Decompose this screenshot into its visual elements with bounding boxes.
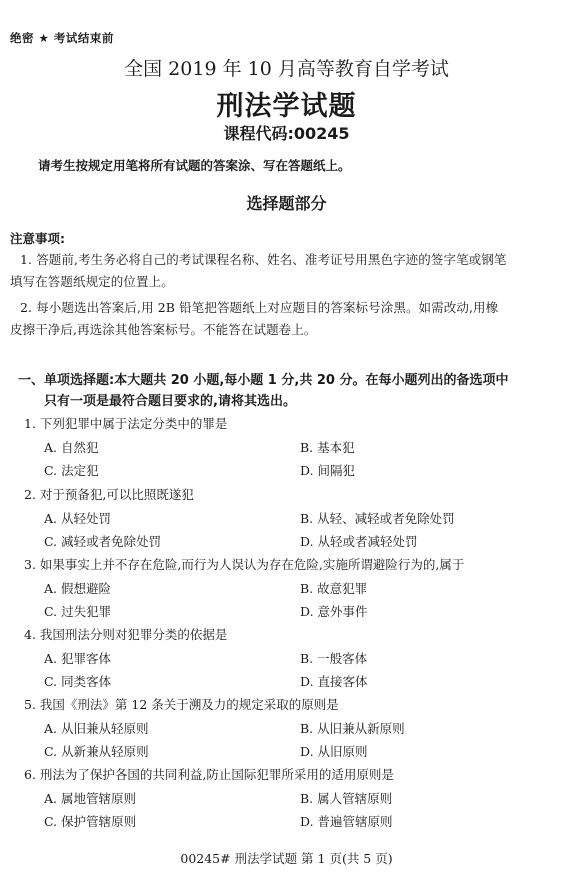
question-stem: 我国刑法分则对犯罪分类的依据是 (40, 627, 228, 642)
question-number: 3. (24, 557, 36, 572)
notice-line: 皮擦干净后,再选涂其他答案标号。不能答在试题卷上。 (10, 320, 316, 338)
option-d: D. 普遍管辖原则 (300, 812, 393, 830)
page-footer: 00245# 刑法学试题 第 1 页(共 5 页) (0, 849, 573, 867)
option-a: A. 自然犯 (44, 438, 98, 456)
confidential-label: 绝密 ★ 考试结束前 (10, 30, 114, 46)
option-a: A. 从旧兼从轻原则 (44, 719, 148, 737)
answer-instruction: 请考生按规定用笔将所有试题的答案涂、写在答题纸上。 (38, 156, 351, 174)
option-a: A. 犯罪客体 (44, 649, 111, 667)
notice-line: 2. 每小题选出答案后,用 2B 铅笔把答题纸上对应题目的答案标号涂黑。如需改动… (20, 298, 498, 316)
part-heading-line: 只有一项是最符合题目要求的,请将其选出。 (44, 390, 296, 409)
question-number: 5. (24, 697, 36, 712)
option-a: A. 从轻处罚 (44, 509, 111, 527)
option-d: D. 间隔犯 (300, 461, 355, 479)
option-d: D. 从旧原则 (300, 742, 368, 760)
notice-line: 1. 答题前,考生务必将自己的考试课程名称、姓名、准考证号用黑色字迹的签字笔或钢… (20, 250, 506, 268)
question-stem: 刑法为了保护各国的共同利益,防止国际犯罪所采用的适用原则是 (40, 767, 394, 782)
option-b: B. 属人管辖原则 (300, 789, 392, 807)
question-number: 4. (24, 627, 36, 642)
option-b: B. 从轻、减轻或者免除处罚 (300, 509, 455, 527)
option-b: B. 基本犯 (300, 438, 355, 456)
option-c: C. 保护管辖原则 (44, 812, 136, 830)
option-a: A. 假想避险 (44, 579, 111, 597)
subject-title: 刑法学试题 (0, 84, 573, 123)
section-title: 选择题部分 (0, 191, 573, 214)
question-stem: 下列犯罪中属于法定分类中的罪是 (40, 416, 228, 431)
course-code: 课程代码:00245 (0, 121, 573, 144)
option-c: C. 减轻或者免除处罚 (44, 532, 161, 550)
question-number: 2. (24, 487, 36, 502)
option-d: D. 直接客体 (300, 672, 368, 690)
option-c: C. 从新兼从轻原则 (44, 742, 149, 760)
option-c: C. 过失犯罪 (44, 602, 111, 620)
option-b: B. 一般客体 (300, 649, 367, 667)
notice-line: 填写在答题纸规定的位置上。 (10, 272, 174, 290)
option-a: A. 属地管辖原则 (44, 789, 136, 807)
question-stem: 我国《刑法》第 12 条关于溯及力的规定采取的原则是 (40, 697, 339, 712)
notice-heading: 注意事项: (10, 229, 65, 247)
option-d: D. 意外事件 (300, 602, 368, 620)
option-c: C. 法定犯 (44, 461, 99, 479)
option-c: C. 同类客体 (44, 672, 111, 690)
question-number: 1. (24, 416, 36, 431)
question-stem: 如果事实上并不存在危险,而行为人误认为存在危险,实施所谓避险行为的,属于 (40, 557, 464, 572)
option-d: D. 从轻或者减轻处罚 (300, 532, 418, 550)
question-stem: 对于预备犯,可以比照既遂犯 (40, 487, 194, 502)
exam-name: 全国 2019 年 10 月高等教育自学考试 (0, 54, 573, 81)
option-b: B. 故意犯罪 (300, 579, 367, 597)
option-b: B. 从旧兼从新原则 (300, 719, 405, 737)
part-heading-line: 一、单项选择题:本大题共 20 小题,每小题 1 分,共 20 分。在每小题列出… (18, 369, 508, 388)
question-number: 6. (24, 767, 36, 782)
